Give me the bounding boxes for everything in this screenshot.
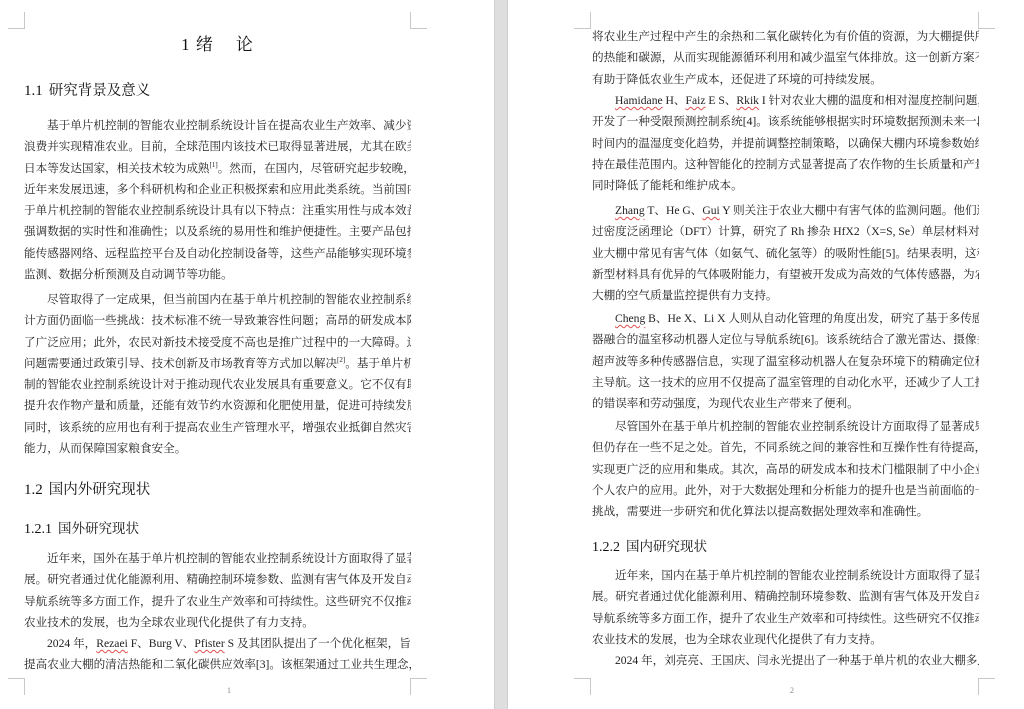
paragraph-hamidane[interactable]: Hamidane H、Faiz E S、Rkik I 针对农业大棚的温度和相对湿…: [592, 90, 979, 196]
paragraph-zhang[interactable]: Zhang T、He G、Gui Y 则关注于农业大棚中有害气体的监测问题。他们…: [592, 200, 979, 306]
page-gap-edge-left: [494, 0, 495, 709]
para1-line-with-citation: 日本等发达国家，相关技术较为成熟[1]。然而，在国内，尽管研究起步较晚，但: [24, 158, 411, 179]
paragraph-background[interactable]: 基于单片机控制的智能农业控制系统设计旨在提高农业生产效率、减少资源 浪费并实现精…: [24, 115, 411, 285]
document-page-1[interactable]: 1 绪论 1.1研究背景及意义 基于单片机控制的智能农业控制系统设计旨在提高农业…: [0, 0, 494, 709]
author-cheng: Cheng: [615, 312, 645, 325]
author-rkik: Rkik: [736, 94, 759, 107]
citation-1[interactable]: [1]: [210, 161, 218, 169]
author-gui: Gui: [702, 204, 719, 217]
paragraph-foreign-overview[interactable]: 近年来，国外在基于单片机控制的智能农业控制系统设计方面取得了显著进 展。研究者通…: [24, 548, 411, 633]
author-zhang: Zhang: [615, 204, 645, 217]
section-heading-1-2: 1.2国内外研究现状: [24, 478, 150, 499]
author-faiz: Faiz: [686, 94, 706, 107]
chapter-title: 1 绪论: [24, 30, 411, 55]
citation-2[interactable]: [2]: [337, 356, 345, 364]
page-number: 1: [0, 686, 476, 695]
document-page-2[interactable]: 将农业生产过程中产生的余热和二氧化碳转化为有价值的资源，为大棚提供所需 的热能和…: [508, 0, 1024, 709]
para2-line-with-citation: 问题需要通过政策引导、技术创新及市场教育等方式加以解决[2]。基于单片机控: [24, 353, 411, 374]
paragraph-foreign-summary[interactable]: 尽管国外在基于单片机控制的智能农业控制系统设计方面取得了显著成果， 但仍存在一些…: [592, 416, 979, 522]
paragraph-rezaei-continued[interactable]: 将农业生产过程中产生的余热和二氧化碳转化为有价值的资源，为大棚提供所需 的热能和…: [592, 26, 979, 90]
paragraph-liu[interactable]: 2024 年，刘亮亮、王国庆、闫永光提出了一种基于单片机的农业大棚多点: [592, 650, 979, 671]
margin-mark-top-left: [8, 12, 25, 29]
author-pfister: Pfister: [194, 637, 224, 650]
section-heading-1-2-1: 1.2.1国外研究现状: [24, 517, 139, 538]
margin-mark-top-left: [574, 12, 591, 29]
paragraph-challenges[interactable]: 尽管取得了一定成果，但当前国内在基于单片机控制的智能农业控制系统设 计方面仍面临…: [24, 289, 411, 459]
margin-mark-top-right: [410, 12, 427, 29]
section-heading-1-1: 1.1研究背景及意义: [24, 79, 150, 100]
paragraph-cheng[interactable]: Cheng B、He X、Li X 人则从自动化管理的角度出发，研究了基于多传感…: [592, 308, 979, 414]
section-heading-1-2-2: 1.2.2国内研究现状: [592, 535, 707, 556]
paragraph-rezaei[interactable]: 2024 年，Rezaei F、Burg V、Pfister S 及其团队提出了…: [24, 633, 411, 676]
margin-mark-top-right: [978, 12, 995, 29]
paragraph-domestic-overview[interactable]: 近年来，国内在基于单片机控制的智能农业控制系统设计方面取得了显著进 展。研究者通…: [592, 565, 979, 650]
author-rezaei: Rezaei: [96, 637, 128, 650]
author-hamidane: Hamidane: [615, 94, 663, 107]
page-number: 2: [534, 686, 1024, 695]
